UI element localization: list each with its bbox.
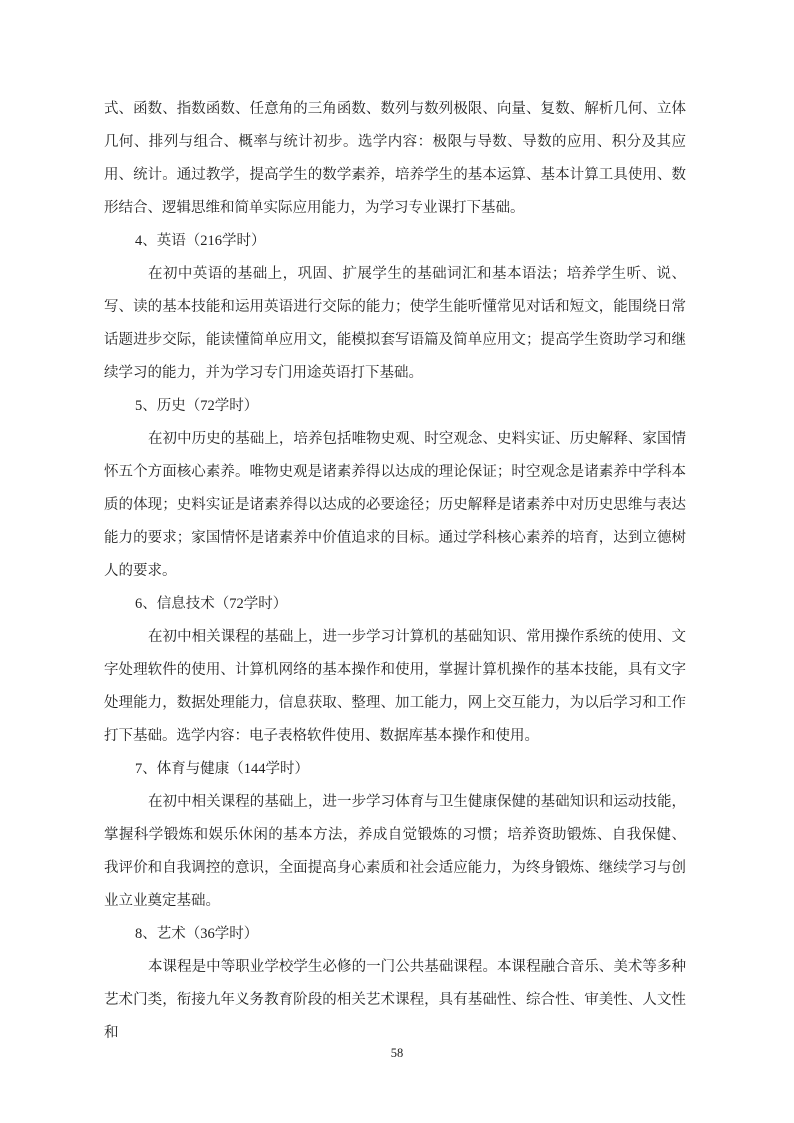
document-page: 式、函数、指数函数、任意角的三角函数、数列与数列极限、向量、复数、解析几何、立体… (0, 0, 794, 1123)
section-heading-english: 4、英语（216学时） (104, 225, 686, 258)
section-heading-art: 8、艺术（36学时） (104, 918, 686, 951)
document-content: 式、函数、指数函数、任意角的三角函数、数列与数列极限、向量、复数、解析几何、立体… (104, 93, 686, 1050)
paragraph-english: 在初中英语的基础上，巩固、扩展学生的基础词汇和基本语法；培养学生听、说、写、读的… (104, 258, 686, 390)
section-heading-information-technology: 6、信息技术（72学时） (104, 588, 686, 621)
paragraph-physical-education: 在初中相关课程的基础上，进一步学习体育与卫生健康保健的基础知识和运动技能，掌握科… (104, 786, 686, 918)
section-heading-history: 5、历史（72学时） (104, 390, 686, 423)
paragraph-information-technology: 在初中相关课程的基础上，进一步学习计算机的基础知识、常用操作系统的使用、文字处理… (104, 621, 686, 753)
paragraph-art: 本课程是中等职业学校学生必修的一门公共基础课程。本课程融合音乐、美术等多种艺术门… (104, 951, 686, 1050)
paragraph-math-continuation: 式、函数、指数函数、任意角的三角函数、数列与数列极限、向量、复数、解析几何、立体… (104, 93, 686, 225)
section-heading-physical-education: 7、体育与健康（144学时） (104, 753, 686, 786)
page-number: 58 (0, 1043, 794, 1063)
paragraph-history: 在初中历史的基础上，培养包括唯物史观、时空观念、史料实证、历史解释、家国情怀五个… (104, 423, 686, 588)
